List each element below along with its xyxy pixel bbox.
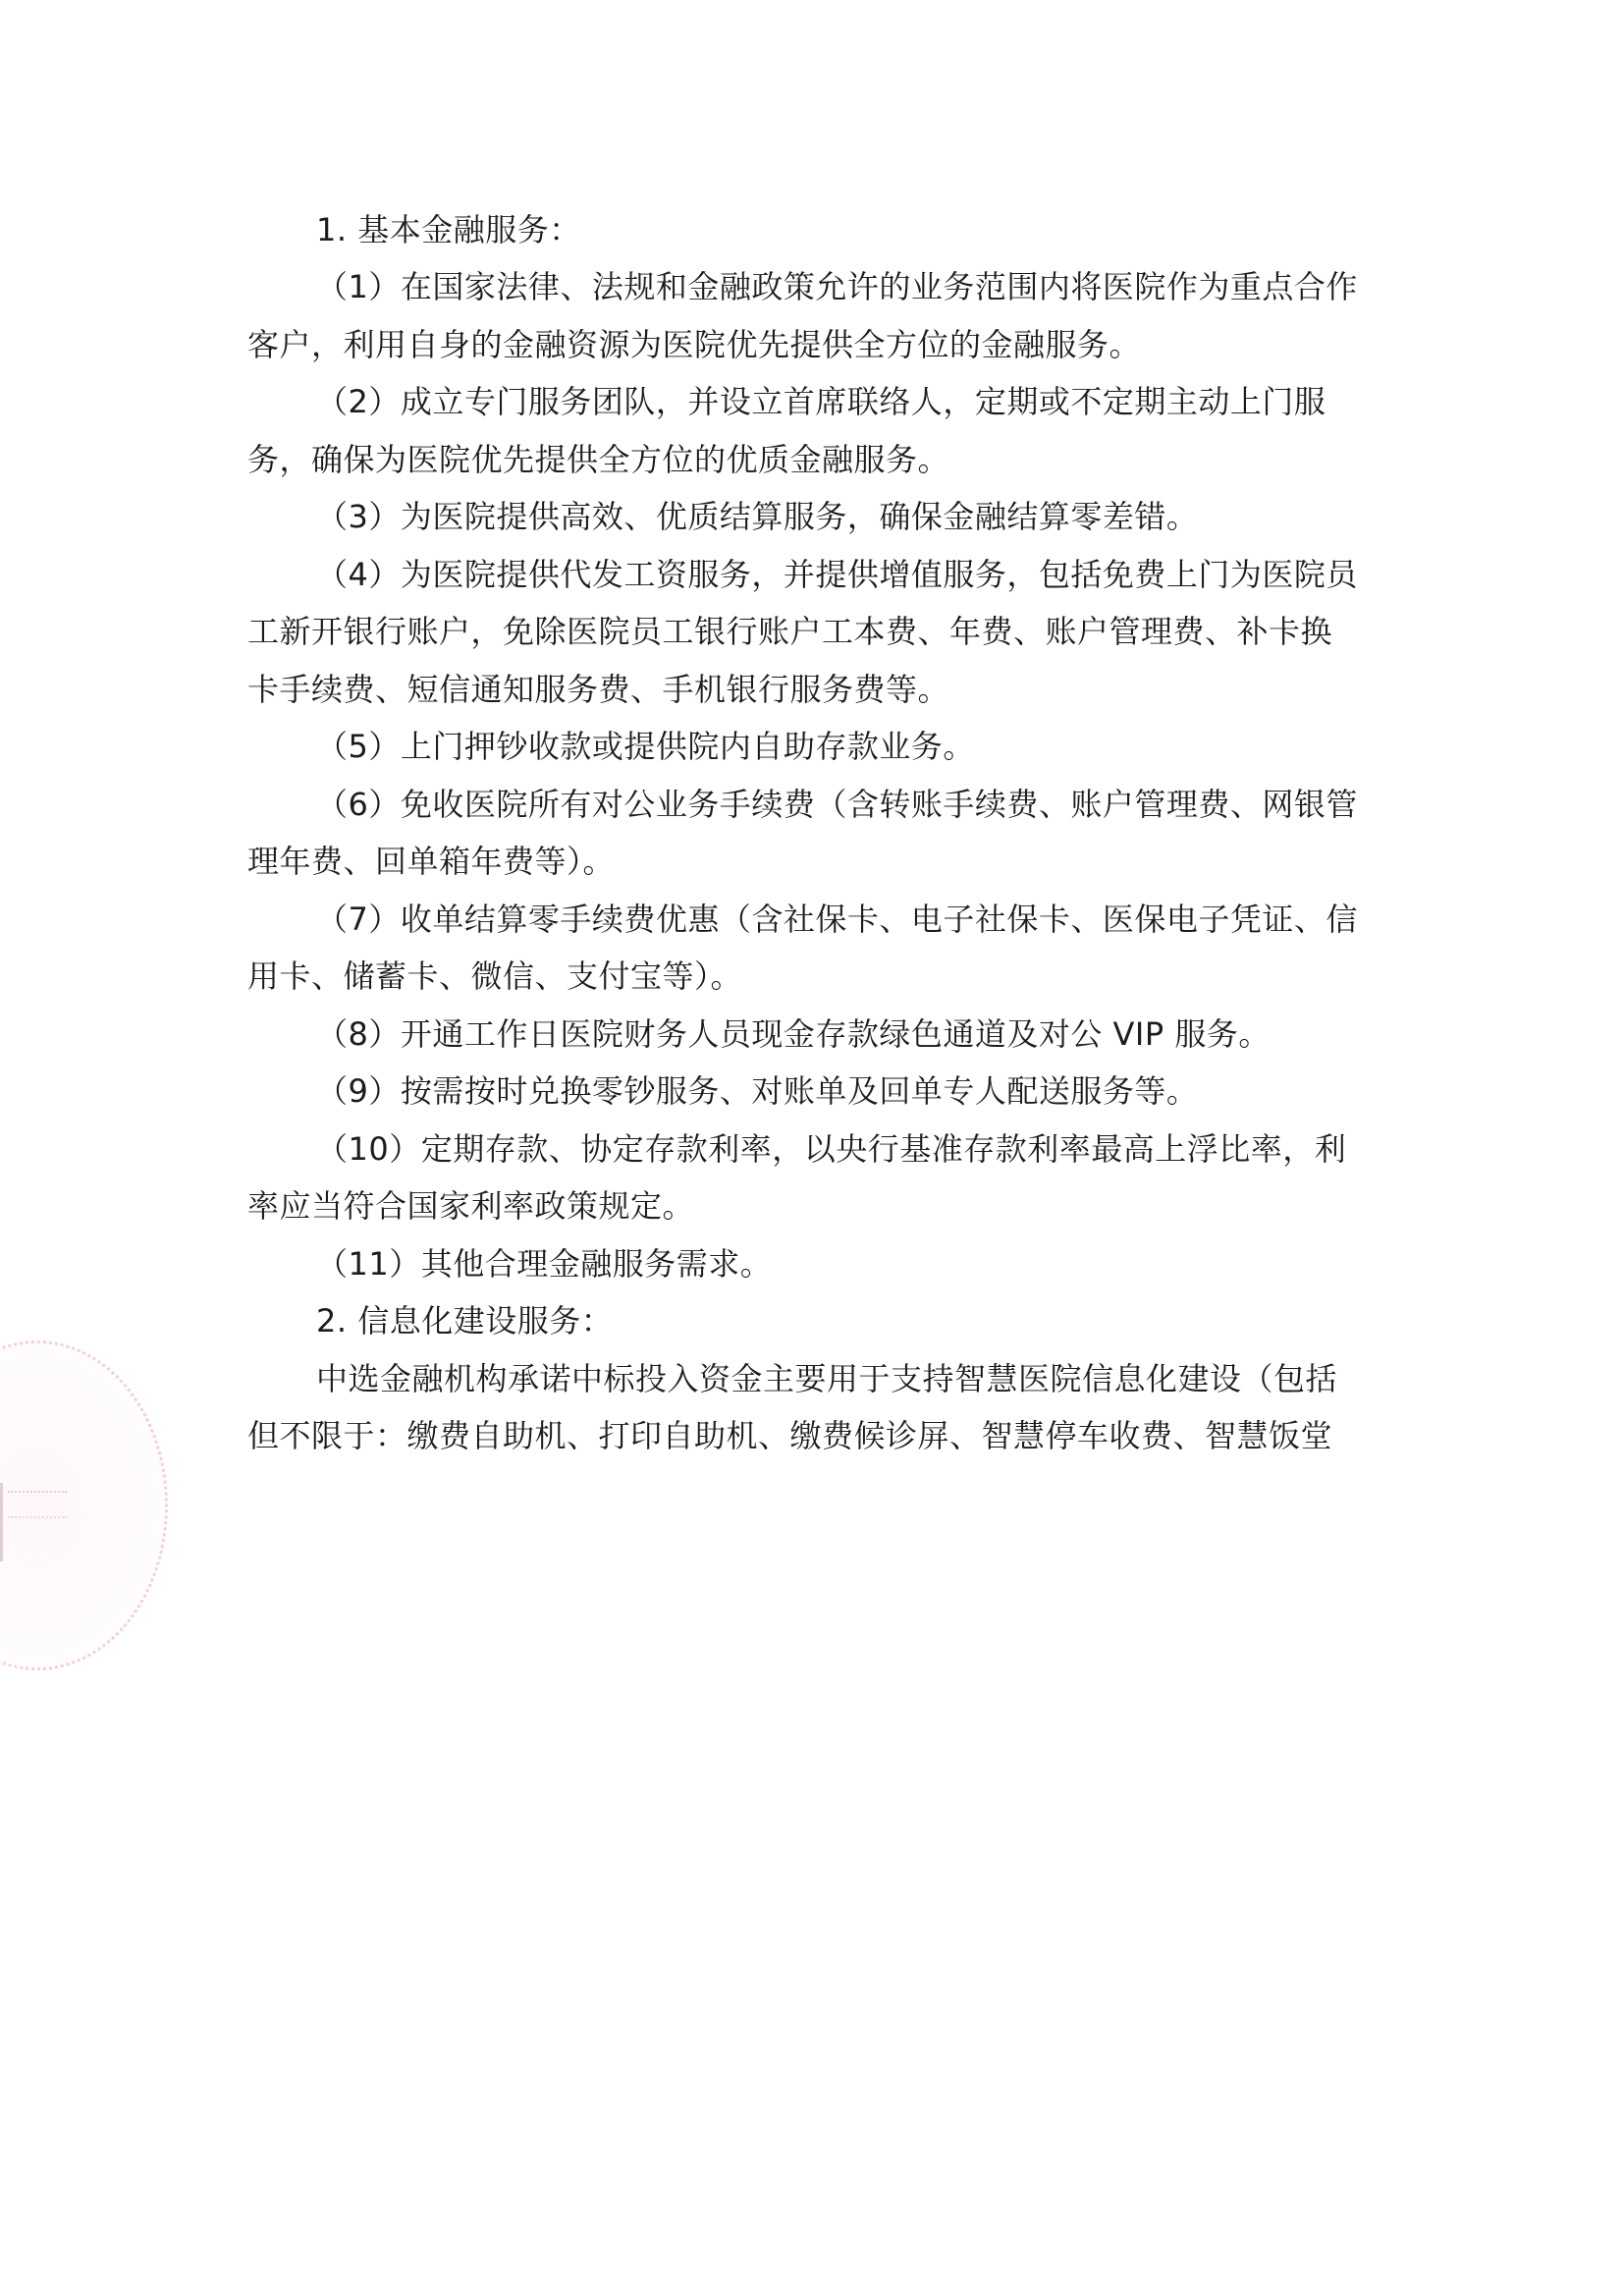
item-7-line-2: 用卡、储蓄卡、微信、支付宝等）。 <box>247 957 742 996</box>
item-2-line-1: （2）成立专门服务团队，并设立首席联络人，定期或不定期主动上门服 <box>316 382 1325 421</box>
item-10-line-2: 率应当符合国家利率政策规定。 <box>247 1186 694 1226</box>
page-edge-mark <box>0 1483 3 1561</box>
it-paragraph-line-1: 中选金融机构承诺中标投入资金主要用于支持智慧医院信息化建设（包括 <box>316 1359 1337 1398</box>
document-page: 1. 基本金融服务： （1）在国家法律、法规和金融政策允许的业务范围内将医院作为… <box>0 0 1623 2296</box>
section-heading-basic-financial-services: 1. 基本金融服务： <box>316 210 581 249</box>
section-heading-it-construction-services: 2. 信息化建设服务： <box>316 1301 613 1340</box>
item-6-line-2: 理年费、回单箱年费等）。 <box>247 842 615 881</box>
item-4-line-1: （4）为医院提供代发工资服务，并提供增值服务，包括免费上门为医院员 <box>316 555 1358 594</box>
item-2-line-2: 务，确保为医院优先提供全方位的优质金融服务。 <box>247 440 949 479</box>
item-11-line-1: （11）其他合理金融服务需求。 <box>316 1244 772 1284</box>
seal-text-mark <box>8 1491 67 1518</box>
item-10-line-1: （10）定期存款、协定存款利率，以央行基准存款利率最高上浮比率，利 <box>316 1129 1346 1169</box>
item-4-line-3: 卡手续费、短信通知服务费、手机银行服务费等。 <box>247 670 949 709</box>
item-1-line-1: （1）在国家法律、法规和金融政策允许的业务范围内将医院作为重点合作 <box>316 267 1358 306</box>
item-3-line-1: （3）为医院提供高效、优质结算服务，确保金融结算零差错。 <box>316 497 1198 536</box>
item-7-line-1: （7）收单结算零手续费优惠（含社保卡、电子社保卡、医保电子凭证、信 <box>316 900 1358 939</box>
item-4-line-2: 工新开银行账户，免除医院员工银行账户工本费、年费、账户管理费、补卡换 <box>247 612 1332 651</box>
item-9-line-1: （9）按需按时兑换零钞服务、对账单及回单专人配送服务等。 <box>316 1071 1198 1111</box>
official-seal-stamp <box>0 1340 168 1670</box>
item-5-line-1: （5）上门押钞收款或提供院内自助存款业务。 <box>316 727 975 766</box>
item-8-line-1: （8）开通工作日医院财务人员现金存款绿色通道及对公 VIP 服务。 <box>316 1014 1271 1054</box>
item-1-line-2: 客户，利用自身的金融资源为医院优先提供全方位的金融服务。 <box>247 325 1141 364</box>
it-paragraph-line-2: 但不限于：缴费自助机、打印自助机、缴费候诊屏、智慧停车收费、智慧饭堂 <box>247 1416 1332 1455</box>
item-6-line-1: （6）免收医院所有对公业务手续费（含转账手续费、账户管理费、网银管 <box>316 785 1358 824</box>
